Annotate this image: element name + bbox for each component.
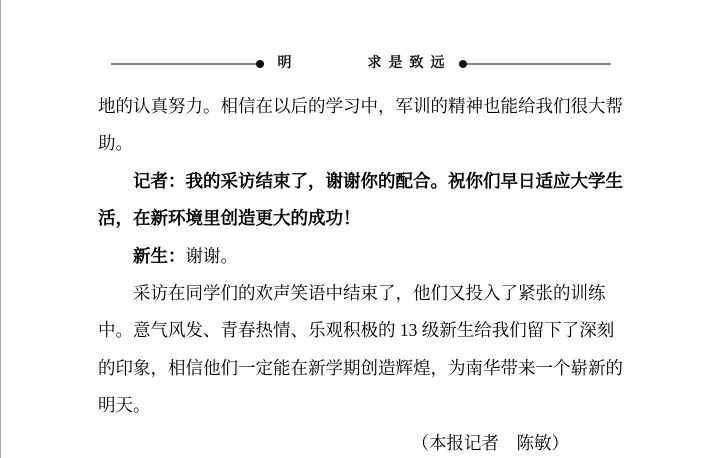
text-segment: 助。 — [98, 133, 133, 153]
header-text-left: 明 — [278, 56, 292, 72]
text-line: 明天。 — [98, 387, 631, 424]
text-line: 活，在新环境里创造更大的成功！ — [98, 200, 631, 237]
header-text-right: 求是致远 — [368, 56, 452, 72]
bold-text-segment: 记者：我的采访结束了，谢谢你的配合。祝你们早日适应大学生 — [133, 171, 623, 191]
text-line: 中。意气风发、青春热情、乐观积极的 13 级新生给我们留下了深刻 — [98, 312, 631, 349]
text-line: 的印象，相信他们一定能在新学期创造辉煌，为南华带来一个崭新的 — [98, 350, 631, 387]
text-line: （本报记者 陈敏） — [98, 425, 631, 458]
text-line: 记者：我的采访结束了，谢谢你的配合。祝你们早日适应大学生 — [98, 163, 631, 200]
header-rule-left — [111, 63, 256, 65]
bold-text-segment: 新生： — [133, 246, 186, 266]
bullet-dot-icon — [459, 60, 467, 68]
page-header-rule: 明 求是致远 — [111, 56, 611, 72]
text-line: 助。 — [98, 125, 631, 162]
text-segment: 中。意气风发、青春热情、乐观积极的 13 级新生给我们留下了深刻 — [98, 320, 614, 340]
text-segment: 地的认真努力。相信在以后的学习中，军训的精神也能给我们很大帮 — [98, 96, 623, 116]
document-page: 明 求是致远 地的认真努力。相信在以后的学习中，军训的精神也能给我们很大帮助。记… — [0, 0, 719, 458]
text-line: 新生：谢谢。 — [98, 238, 631, 275]
text-segment: 谢谢。 — [186, 246, 239, 266]
text-line: 地的认真努力。相信在以后的学习中，军训的精神也能给我们很大帮 — [98, 88, 631, 125]
text-segment: 采访在同学们的欢声笑语中结束了，他们又投入了紧张的训练 — [133, 283, 606, 303]
bullet-dot-icon — [256, 60, 264, 68]
bold-text-segment: 活，在新环境里创造更大的成功！ — [98, 208, 361, 228]
body-text: 地的认真努力。相信在以后的学习中，军训的精神也能给我们很大帮助。记者：我的采访结… — [98, 88, 631, 458]
text-line: 采访在同学们的欢声笑语中结束了，他们又投入了紧张的训练 — [98, 275, 631, 312]
text-segment: 的印象，相信他们一定能在新学期创造辉煌，为南华带来一个崭新的 — [98, 358, 623, 378]
text-segment: （本报记者 陈敏） — [412, 433, 570, 453]
text-segment: 明天。 — [98, 395, 151, 415]
header-rule-right — [467, 63, 612, 65]
